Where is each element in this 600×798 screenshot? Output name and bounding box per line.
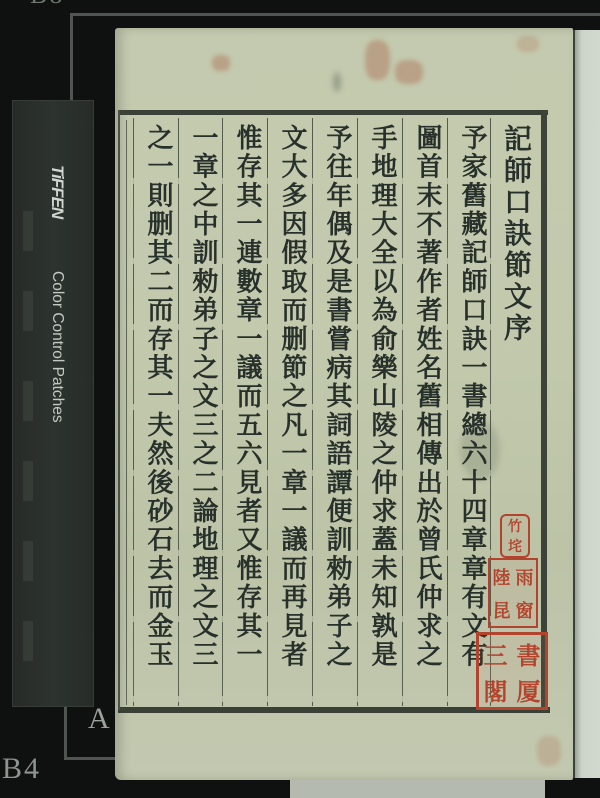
mount-frame-left-line: [70, 13, 73, 103]
seal-char: 厦: [517, 672, 541, 707]
seal-char: 窗: [516, 597, 534, 623]
under-sheet: [290, 780, 545, 798]
seal-char: 陸: [493, 564, 511, 590]
column-divider: [133, 118, 134, 706]
mount-frame-bottom-line: [64, 757, 119, 760]
printed-frame-right: [541, 110, 547, 712]
printed-frame-left: [118, 110, 120, 710]
color-control-strip: TiFFEN Color Control Patches: [12, 100, 94, 707]
seal-char: 書: [517, 636, 541, 671]
patch-label-mark: [23, 541, 33, 581]
mount-frame-lower-left-line: [64, 705, 67, 760]
faded-seal-mark: [212, 55, 230, 71]
text-column-8: 之一則删其二而存其一夫然後砂石去而金玉: [135, 124, 180, 709]
ink-blot: [333, 72, 341, 92]
patch-label-mark: [23, 381, 33, 421]
patch-label-mark: [23, 291, 33, 331]
collector-seal-middle: 陸 雨 昆 窗: [488, 558, 538, 628]
seal-char: 雨: [516, 564, 534, 590]
faded-seal-mark: [365, 40, 390, 80]
faded-seal-mark: [537, 736, 561, 766]
text-column-6: 惟存其一連數章一議而五六見者又惟存其一: [224, 124, 269, 709]
frame-label-a: A: [88, 702, 112, 736]
tiffen-logo: TiFFEN: [47, 165, 67, 218]
seal-char: 垞: [508, 536, 522, 556]
seal-char: 三: [484, 636, 508, 671]
frame-label-top: B8: [30, 0, 64, 10]
seal-char: 昆: [493, 597, 511, 623]
patch-label-mark: [23, 621, 33, 661]
frame-label-bottom-left: B4: [2, 752, 41, 786]
seal-char: 竹: [508, 516, 522, 536]
printed-frame-left-inner: [126, 120, 127, 705]
text-column-3: 手地理大全以為俞樂山陵之仲求蓋未知孰是: [359, 124, 404, 709]
color-control-label: Color Control Patches: [48, 271, 66, 423]
text-column-7: 一章之中訓勑弟子之文三之二論地理之文三: [180, 124, 225, 709]
patch-label-mark: [23, 461, 33, 501]
mount-frame-top-line: [70, 13, 600, 16]
adjacent-page-edge: [573, 30, 600, 778]
faded-seal-mark: [395, 60, 423, 84]
text-column-2: 圖首末不著作者姓名舊相傳出於曾氏仲求之: [404, 124, 449, 709]
faded-seal-mark: [517, 36, 539, 52]
patch-label-mark: [23, 211, 33, 251]
seal-char: 閣: [484, 672, 508, 707]
text-column-5: 文大多因假取而删節之凡一章一議而再見者: [269, 124, 314, 709]
collector-seal-small: 竹 垞: [500, 514, 530, 558]
collector-seal-large: 三 書 閣 厦: [476, 632, 548, 710]
printed-frame-top: [118, 110, 548, 115]
text-column-4: 予往年偶及是書嘗病其詞語譚便訓勑弟子之: [314, 124, 359, 709]
